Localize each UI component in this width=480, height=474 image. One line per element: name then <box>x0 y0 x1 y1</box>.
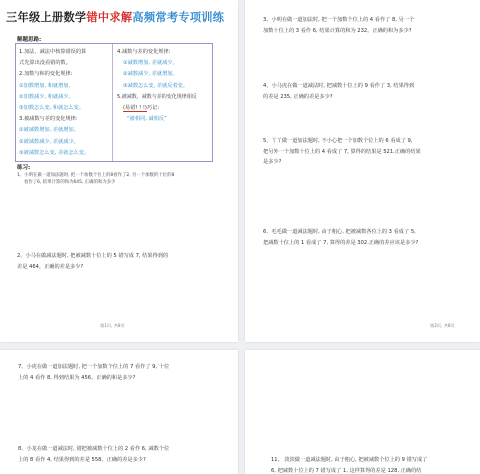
tips-box: 1.加法、减法中核算错误的算 式先算出没看错的数。 2.加数与和的变化规律: ①… <box>15 43 213 162</box>
practice-heading: 练习: <box>17 163 30 171</box>
tip-line: ③被减数怎么变, 差就怎么变。 <box>19 148 112 159</box>
question-line: 把减数十位上的 1 看成了 7, 算得的差是 302.正确的差应该是多少? <box>263 238 418 249</box>
question-line: 7、小虎在做一道加法题时, 把一个加数个位上的 7 看作了 9, 十位 <box>18 362 169 373</box>
question-line: 1、小明在做一道加法题时, 把一个加数个位上的8看作了2, 另一个加数的十位的8 <box>17 172 174 179</box>
tips-left-column: 1.加法、减法中核算错误的算 式先算出没看错的数。 2.加数与和的变化规律: ①… <box>16 44 113 161</box>
question-1: 1、小明在做一道加法题时, 把一个加数个位上的8看作了2, 另一个加数的十位的8… <box>17 172 174 187</box>
question-line: 上的 4 看作 8, 得到结果为 456。正确的和是多少? <box>18 373 169 384</box>
question-6: 6、毛毛做一道减法题时, 由于粗心, 把被减数各位上的 3 看成了 5, 把减数… <box>263 227 418 248</box>
page-footer: 第1页, 共8页 <box>100 323 125 329</box>
mnemonic-label: 巧记: <box>147 105 159 111</box>
title-part-3: 高频常考专项训练 <box>132 10 224 24</box>
question-line: 5、丫丫做一道加法题时, 不小心把一个加数个位上的 6 看成了 9, <box>263 136 421 147</box>
question-line: 加数十位上的 3 看作 6, 结果计算的和为 232。正确的和为多少? <box>263 26 414 37</box>
tip-line: ①被减数增加, 差就增加。 <box>19 125 112 136</box>
question-line: 6, 把减数十位上的 7 错写成了 1, 这样算得的差是 128, 正确的结 <box>271 466 427 474</box>
question-3: 3、小明在做一道加法时, 把一个加数个位上的 4 看作了 8, 另一个 加数十位… <box>263 15 414 36</box>
tip-line: 5.被减数、减数与差的变化规律相反 <box>117 92 212 103</box>
document-page-4: 11、 淡淡做一道减法题时, 由于粗心, 把被减数个位上的 9 错写成了 6, … <box>245 350 480 474</box>
document-page-1: 三年级上册数学错中求解高频常考专项训练 解题思路: 1.加法、减法中核算错误的算… <box>0 0 238 342</box>
tips-right-column: 4.减数与差的变化规律: ①减数增加, 差就减少。 ②减数减少, 差就增加。 ③… <box>113 44 212 161</box>
question-line: 4、小马虎在做一道减法时, 把减数十位上的 9 看作了 3, 结果得到 <box>263 81 414 92</box>
tip-line: ②加数减少, 和就减少。 <box>19 92 112 103</box>
document-page-2: 3、小明在做一道加法时, 把一个加数个位上的 4 看作了 8, 另一个 加数十位… <box>245 0 480 342</box>
tip-line: ①减数增加, 差就减少。 <box>117 58 212 69</box>
question-line: 2、小马在做减法题时, 把被减数十位上的 5 错写成 7, 结果得到的 <box>17 251 168 262</box>
tip-line: 1.加法、减法中核算错误的算 <box>19 47 112 58</box>
tip-line: (易错! ! !)巧记: <box>117 103 212 114</box>
question-line: 6、毛毛做一道减法题时, 由于粗心, 把被减数各位上的 3 看成了 5, <box>263 227 418 238</box>
question-line: 是多少? <box>263 157 421 168</box>
question-5: 5、丫丫做一道加法题时, 不小心把一个加数个位上的 6 看成了 9, 把另外一个… <box>263 136 421 168</box>
tip-line: ③减数怎么变, 差就反着变。 <box>117 81 212 92</box>
document-page-3: 7、小虎在做一道加法题时, 把一个加数个位上的 7 看作了 9, 十位 上的 4… <box>0 350 238 474</box>
question-line: 把另外一个加数十位上的 4 看成了 7, 算得的结果是 521.正确的结果 <box>263 147 421 158</box>
question-line: 上的 8 看作 4, 结果得到的差是 558。正确的差是多少? <box>18 455 169 466</box>
tip-line: 式先算出没看错的数。 <box>19 58 112 69</box>
question-8: 8、小龙在做一道减法时, 错把被减数十位上的 2 看作 6, 减数个位 上的 8… <box>18 444 169 465</box>
tip-line: 2.加数与和的变化规律: <box>19 69 112 80</box>
tip-line: ③加数怎么变, 和就怎么变。 <box>19 103 112 114</box>
question-line: 的差是 235, 正确的差是多少? <box>263 92 414 103</box>
question-7: 7、小虎在做一道加法题时, 把一个加数个位上的 7 看作了 9, 十位 上的 4… <box>18 362 169 383</box>
tip-line: 3.被减数与差的变化规律: <box>19 114 112 125</box>
tip-line: ②减数减少, 差就增加。 <box>117 69 212 80</box>
tip-line: “被相同, 减相反” <box>117 114 212 125</box>
tip-line: ①加数增加, 和就增加。 <box>19 81 112 92</box>
question-line: 11、 淡淡做一道减法题时, 由于粗心, 把被减数个位上的 9 错写成了 <box>271 455 427 466</box>
title-part-2: 错中求解 <box>86 10 132 24</box>
question-line: 3、小明在做一道加法时, 把一个加数个位上的 4 看作了 8, 另一个 <box>263 15 414 26</box>
title-part-1: 三年级上册数学 <box>6 10 86 24</box>
page-footer: 第2页, 共8页 <box>430 323 455 329</box>
question-4: 4、小马虎在做一道减法时, 把减数十位上的 9 看作了 3, 结果得到 的差是 … <box>263 81 414 102</box>
tip-line: 4.减数与差的变化规律: <box>117 47 212 58</box>
question-line: 差是 464。正确的差是多少? <box>17 262 168 273</box>
error-prone-note: (易错! ! !) <box>123 105 147 112</box>
question-line: 8、小龙在做一道减法时, 错把被减数十位上的 2 看作 6, 减数个位 <box>18 444 169 455</box>
tip-line: ②被减数减少, 差就减少。 <box>19 137 112 148</box>
page-title: 三年级上册数学错中求解高频常考专项训练 <box>6 9 234 25</box>
question-2: 2、小马在做减法题时, 把被减数十位上的 5 错写成 7, 结果得到的 差是 4… <box>17 251 168 272</box>
question-line: 看作了6, 结果计算的和为645, 正确的和为多少 <box>17 179 174 186</box>
tips-heading: 解题思路: <box>17 35 41 43</box>
question-11: 11、 淡淡做一道减法题时, 由于粗心, 把被减数个位上的 9 错写成了 6, … <box>271 455 427 474</box>
